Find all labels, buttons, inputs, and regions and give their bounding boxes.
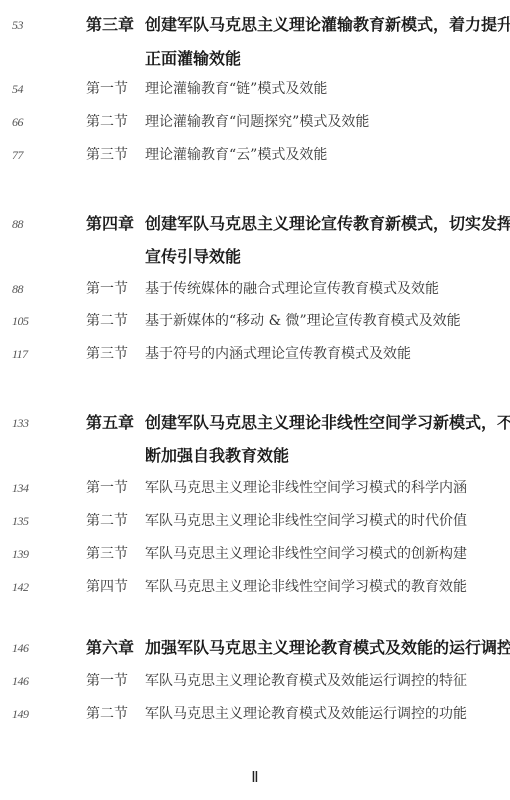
toc-chapter-6[interactable]: 146 第六章 加强军队马克思主义理论教育模式及效能的运行调控	[0, 636, 510, 660]
chapter-title-continuation: 正面灌输效能	[145, 47, 241, 71]
section-title: 军队马克思主义理论非线性空间学习模式的教育效能	[145, 575, 467, 599]
chapter-label: 第五章	[86, 411, 134, 435]
section-label: 第二节	[86, 309, 128, 333]
section-title: 军队马克思主义理论非线性空间学习模式的科学内涵	[145, 476, 467, 500]
chapter-title: 创建军队马克思主义理论宣传教育新模式，切实发挥	[145, 212, 510, 236]
page-number: 142	[12, 575, 29, 599]
page-number: 135	[12, 509, 29, 533]
toc-chapter-3[interactable]: 53 第三章 创建军队马克思主义理论灌输教育新模式，着力提升	[0, 13, 510, 37]
page-number: 54	[12, 77, 23, 101]
toc-section[interactable]: 142 第四节 军队马克思主义理论非线性空间学习模式的教育效能	[0, 575, 510, 599]
section-label: 第三节	[86, 542, 128, 566]
toc-section[interactable]: 139 第三节 军队马克思主义理论非线性空间学习模式的创新构建	[0, 542, 510, 566]
section-title: 理论灌输教育“链”模式及效能	[145, 77, 327, 101]
toc-section[interactable]: 117 第三节 基于符号的内涵式理论宣传教育模式及效能	[0, 342, 510, 366]
chapter-title: 创建军队马克思主义理论非线性空间学习新模式，不	[145, 411, 510, 435]
section-label: 第一节	[86, 77, 128, 101]
section-label: 第二节	[86, 509, 128, 533]
section-title: 军队马克思主义理论教育模式及效能运行调控的特征	[145, 669, 467, 693]
section-label: 第一节	[86, 669, 128, 693]
toc-section[interactable]: 88 第一节 基于传统媒体的融合式理论宣传教育模式及效能	[0, 277, 510, 301]
page-footer-numeral: Ⅱ	[0, 768, 510, 787]
toc-section[interactable]: 146 第一节 军队马克思主义理论教育模式及效能运行调控的特征	[0, 669, 510, 693]
chapter-label: 第三章	[86, 13, 134, 37]
chapter-title-continuation: 断加强自我教育效能	[145, 444, 289, 468]
chapter-title-continuation: 宣传引导效能	[145, 245, 241, 269]
page-number: 77	[12, 143, 23, 167]
page-number: 53	[12, 13, 23, 37]
section-label: 第二节	[86, 110, 128, 134]
page-number: 146	[12, 669, 29, 693]
page-number: 134	[12, 476, 29, 500]
page-number: 139	[12, 542, 29, 566]
page-number: 117	[12, 342, 28, 366]
toc-section[interactable]: 134 第一节 军队马克思主义理论非线性空间学习模式的科学内涵	[0, 476, 510, 500]
section-label: 第二节	[86, 702, 128, 726]
section-label: 第一节	[86, 476, 128, 500]
chapter-label: 第四章	[86, 212, 134, 236]
toc-section[interactable]: 54 第一节 理论灌输教育“链”模式及效能	[0, 77, 510, 101]
toc-section[interactable]: 105 第二节 基于新媒体的“移动 & 微”理论宣传教育模式及效能	[0, 309, 510, 333]
section-label: 第三节	[86, 342, 128, 366]
section-title: 理论灌输教育“云”模式及效能	[145, 143, 327, 167]
chapter-title: 加强军队马克思主义理论教育模式及效能的运行调控	[145, 636, 510, 660]
section-title: 理论灌输教育“问题探究”模式及效能	[145, 110, 369, 134]
page-number: 66	[12, 110, 23, 134]
toc-chapter-5[interactable]: 133 第五章 创建军队马克思主义理论非线性空间学习新模式，不	[0, 411, 510, 435]
section-title: 基于符号的内涵式理论宣传教育模式及效能	[145, 342, 411, 366]
page-number: 149	[12, 702, 29, 726]
chapter-title: 创建军队马克思主义理论灌输教育新模式，着力提升	[145, 13, 510, 37]
page-number: 88	[12, 212, 23, 236]
section-title: 军队马克思主义理论教育模式及效能运行调控的功能	[145, 702, 467, 726]
section-label: 第四节	[86, 575, 128, 599]
page-number: 133	[12, 411, 29, 435]
section-title: 基于传统媒体的融合式理论宣传教育模式及效能	[145, 277, 439, 301]
page-number: 105	[12, 309, 29, 333]
toc-section[interactable]: 149 第二节 军队马克思主义理论教育模式及效能运行调控的功能	[0, 702, 510, 726]
toc-section[interactable]: 66 第二节 理论灌输教育“问题探究”模式及效能	[0, 110, 510, 134]
section-label: 第一节	[86, 277, 128, 301]
page-number: 146	[12, 636, 29, 660]
section-title: 基于新媒体的“移动 & 微”理论宣传教育模式及效能	[145, 309, 461, 333]
chapter-label: 第六章	[86, 636, 134, 660]
toc-section[interactable]: 135 第二节 军队马克思主义理论非线性空间学习模式的时代价值	[0, 509, 510, 533]
toc-chapter-4[interactable]: 88 第四章 创建军队马克思主义理论宣传教育新模式，切实发挥	[0, 212, 510, 236]
section-title: 军队马克思主义理论非线性空间学习模式的创新构建	[145, 542, 467, 566]
toc-section[interactable]: 77 第三节 理论灌输教育“云”模式及效能	[0, 143, 510, 167]
section-title: 军队马克思主义理论非线性空间学习模式的时代价值	[145, 509, 467, 533]
page-number: 88	[12, 277, 23, 301]
section-label: 第三节	[86, 143, 128, 167]
